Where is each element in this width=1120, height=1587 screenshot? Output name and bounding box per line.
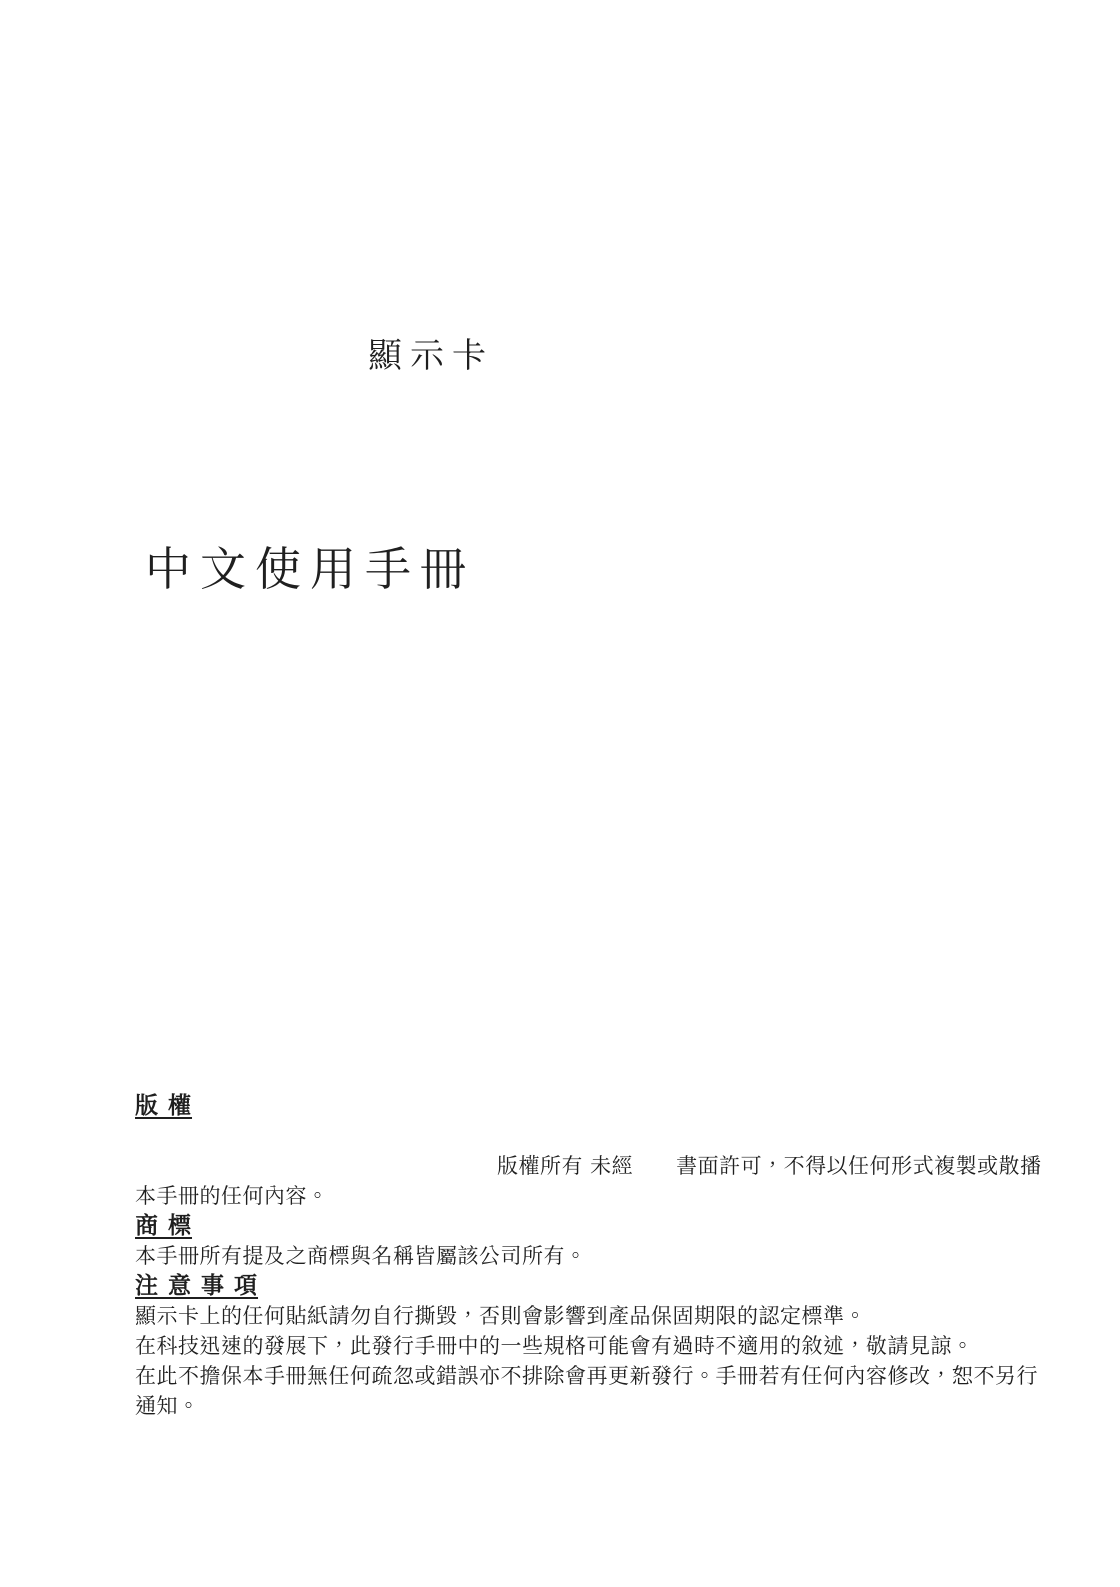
manual-cover-page: 顯示卡 中文使用手冊 版 權 版權所有 未經 書面許可，不得以任何形式複製或散播… (0, 0, 1120, 1587)
page-title: 中文使用手冊 (145, 543, 475, 596)
product-title: 顯示卡 (368, 338, 494, 375)
notice-text-line-4: 通知。 (135, 1391, 1005, 1421)
copyright-text-line-2: 本手冊的任何內容。 (135, 1181, 1005, 1211)
notice-text-line-2: 在科技迅速的發展下，此發行手冊中的一些規格可能會有過時不適用的敘述，敬請見諒。 (135, 1331, 1005, 1361)
trademark-section-heading: 商 標 (135, 1211, 1005, 1241)
notice-text-line-1: 顯示卡上的任何貼紙請勿自行撕毀，否則會影響到產品保固期限的認定標準。 (135, 1301, 1005, 1331)
copyright-section-heading: 版 權 (135, 1091, 1005, 1121)
copyright-text-line-1: 版權所有 未經 書面許可，不得以任何形式複製或散播 (135, 1151, 1005, 1181)
notice-section-heading: 注 意 事 項 (135, 1271, 1005, 1301)
legal-text-block: 版 權 版權所有 未經 書面許可，不得以任何形式複製或散播 本手冊的任何內容。 … (135, 1091, 1005, 1421)
notice-text-line-3: 在此不擔保本手冊無任何疏忽或錯誤亦不排除會再更新發行。手冊若有任何內容修改，恕不… (135, 1361, 1005, 1391)
trademark-text-line-1: 本手冊所有提及之商標與名稱皆屬該公司所有。 (135, 1241, 1005, 1271)
